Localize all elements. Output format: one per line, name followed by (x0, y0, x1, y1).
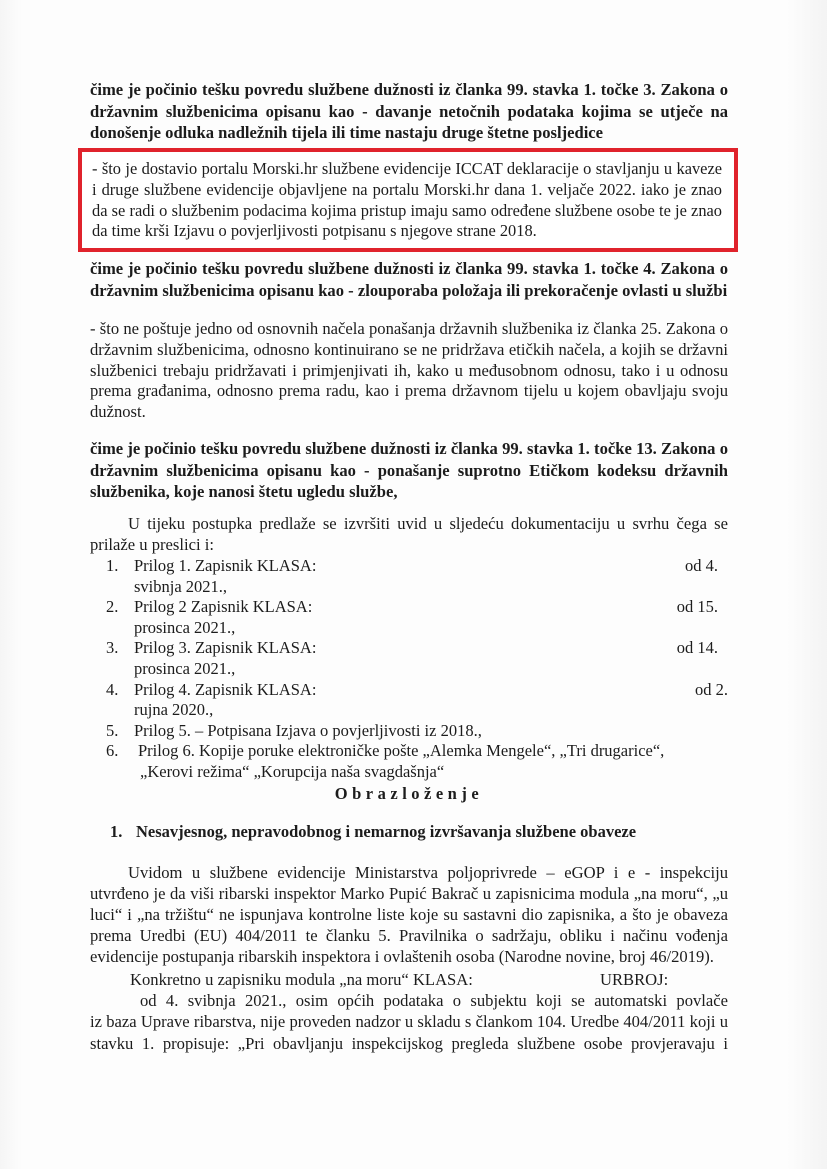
charge-13-heading: čime je počinio tešku povredu službene d… (90, 438, 728, 503)
section-1-number: 1. (110, 822, 136, 842)
attachment-item: 1.Prilog 1. Zapisnik KLASA:od 4.svibnja … (90, 556, 730, 597)
attachment-date-start: od 14. (677, 638, 718, 659)
section-1-title: 1.Nesavjesnog, nepravodobnog i nemarnog … (110, 822, 730, 842)
attachment-number: 2. (106, 597, 118, 618)
attachment-continuation: prosinca 2021., (134, 618, 730, 639)
attachment-text: Prilog 4. Zapisnik KLASA: (134, 680, 316, 699)
charge-4-heading: čime je počinio tešku povredu službene d… (90, 258, 728, 301)
explanation-paragraph-2-rest: iz baza Uprave ribarstva, nije proveden … (90, 1011, 728, 1054)
attachment-item: 6.Prilog 6. Kopije poruke elektroničke p… (90, 741, 730, 782)
attachment-number: 6. (106, 741, 118, 762)
highlighted-text: - što je dostavio portalu Morski.hr služ… (92, 159, 722, 242)
highlight-box: - što je dostavio portalu Morski.hr služ… (78, 148, 738, 252)
attachment-text: Prilog 1. Zapisnik KLASA: (134, 556, 316, 575)
klasa-label: Konkretno u zapisniku modula „na moru“ K… (130, 969, 473, 990)
attachment-date-start: od 4. (685, 556, 718, 577)
document-page: čime je počinio tešku povredu službene d… (0, 0, 827, 1169)
attachment-text: Prilog 2 Zapisnik KLASA: (134, 597, 312, 616)
attachments-list: 1.Prilog 1. Zapisnik KLASA:od 4.svibnja … (90, 556, 730, 783)
explanation-heading: Obrazloženje (90, 784, 728, 804)
charge-4-text: - što ne poštuje jedno od osnovnih načel… (90, 319, 728, 423)
section-1-title-text: Nesavjesnog, nepravodobnog i nemarnog iz… (136, 822, 636, 841)
attachment-number: 1. (106, 556, 118, 577)
attachment-date-start: od 15. (677, 597, 718, 618)
scan-shadow-left (0, 0, 22, 1169)
attachment-continuation: „Kerovi režima“ „Korupcija naša svagdašn… (134, 762, 730, 783)
attachments-intro: U tijeku postupka predlaže se izvršiti u… (90, 514, 728, 555)
urbroj-label: URBROJ: (600, 969, 668, 990)
attachment-date-start: od 2. (695, 680, 728, 701)
attachment-item: 4.Prilog 4. Zapisnik KLASA:od 2.rujna 20… (90, 680, 730, 721)
attachment-item: 3.Prilog 3. Zapisnik KLASA:od 14.prosinc… (90, 638, 730, 679)
attachment-text: Prilog 3. Zapisnik KLASA: (134, 638, 316, 657)
charge-3-heading: čime je počinio tešku povredu službene d… (90, 79, 728, 144)
attachment-text: Prilog 6. Kopije poruke elektroničke poš… (134, 741, 664, 760)
attachment-number: 4. (106, 680, 118, 701)
attachment-number: 5. (106, 721, 118, 742)
attachment-item: 5.Prilog 5. – Potpisana Izjava o povjerl… (90, 721, 730, 742)
attachment-text: Prilog 5. – Potpisana Izjava o povjerlji… (134, 721, 482, 740)
attachment-continuation: svibnja 2021., (134, 577, 730, 598)
attachment-item: 2.Prilog 2 Zapisnik KLASA:od 15.prosinca… (90, 597, 730, 638)
explanation-paragraph-2-line-2: od 4. svibnja 2021., osim općih podataka… (140, 990, 728, 1011)
attachment-number: 3. (106, 638, 118, 659)
attachment-continuation: prosinca 2021., (134, 659, 730, 680)
explanation-paragraph-1: Uvidom u službene evidencije Ministarstv… (90, 862, 728, 967)
attachment-continuation: rujna 2020., (134, 700, 730, 721)
scan-shadow-right (787, 0, 827, 1169)
